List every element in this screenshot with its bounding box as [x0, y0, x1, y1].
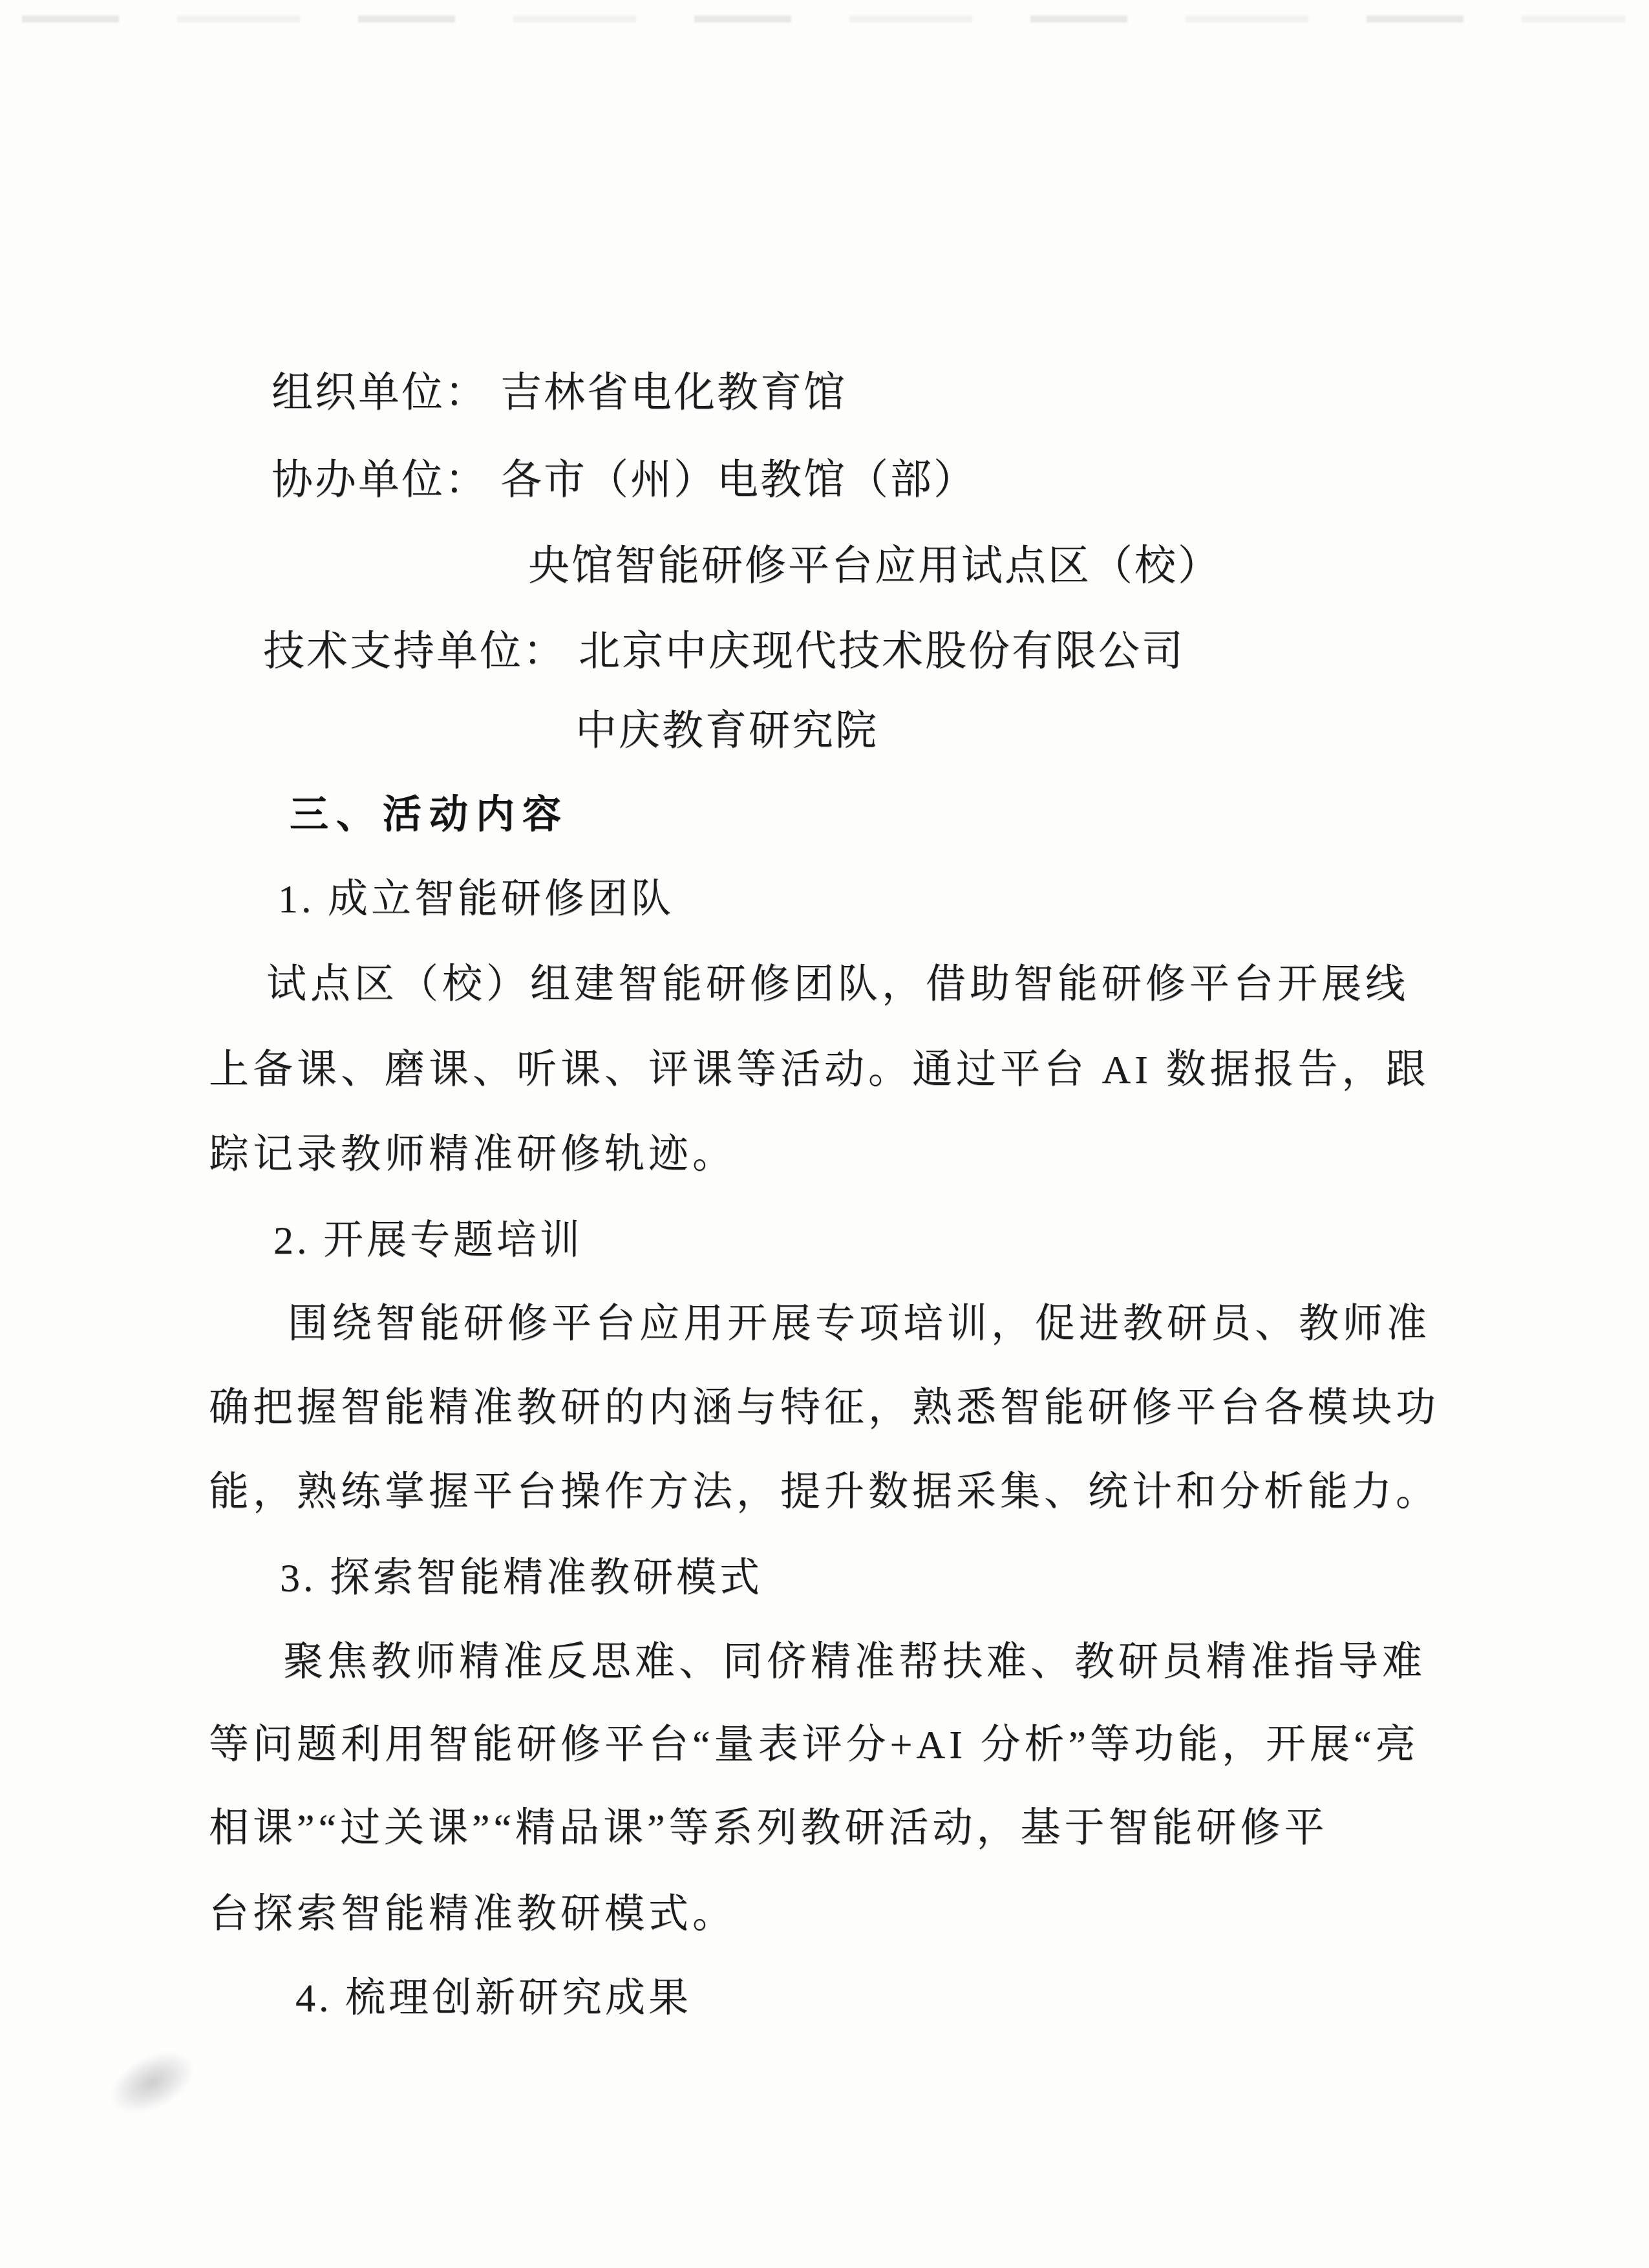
paragraph-3-line-2: 等问题利用智能研修平台“量表评分+AI 分析”等功能，开展“亮	[209, 1724, 1419, 1767]
paragraph-3-line-1: 聚焦教师精准反思难、同侪精准帮扶难、教研员精准指导难	[283, 1641, 1426, 1684]
paragraph-3-line-4: 台探索智能精准教研模式。	[209, 1893, 736, 1936]
co-organizer-unit-line-continued: 央馆智能研修平台应用试点区（校）	[528, 543, 1221, 588]
scanned-document-page: 组织单位： 吉林省电化教育馆 协办单位： 各市（州）电教馆（部） 央馆智能研修平…	[0, 0, 1649, 2268]
organizer-unit-line: 组织单位： 吉林省电化教育馆	[271, 370, 847, 414]
paragraph-1-line-1: 试点区（校）组建智能研修团队，借助智能研修平台开展线	[266, 963, 1409, 1007]
paragraph-2-line-2: 确把握智能精准教研的内涵与特征，熟悉智能研修平台各模块功	[209, 1387, 1440, 1430]
item-1-heading: 1. 成立智能研修团队	[278, 878, 674, 921]
co-organizer-unit-line: 协办单位： 各市（州）电教馆（部）	[271, 457, 977, 502]
scan-smudge-artifact	[102, 2040, 203, 2125]
item-2-heading: 2. 开展专题培训	[273, 1219, 583, 1263]
paragraph-1-line-2: 上备课、磨课、听课、评课等活动。通过平台 AI 数据报告，跟	[209, 1049, 1429, 1092]
paragraph-2-line-1: 围绕智能研修平台应用开展专项培训，促进教研员、教师准	[288, 1303, 1431, 1346]
tech-support-unit-line: 技术支持单位： 北京中庆现代技术股份有限公司	[263, 628, 1185, 673]
paragraph-1-line-3: 踪记录教师精准研修轨迹。	[209, 1133, 736, 1177]
item-3-heading: 3. 探索智能精准教研模式	[280, 1557, 763, 1600]
paragraph-3-line-3: 相课”“过关课”“精品课”等系列教研活动，基于智能研修平	[209, 1807, 1328, 1850]
item-4-heading: 4. 梳理创新研究成果	[295, 1977, 692, 2020]
section-heading-activity-content: 三、活动内容	[290, 794, 569, 836]
tech-support-unit-line-continued: 中庆教育研究院	[575, 708, 878, 753]
paragraph-2-line-3: 能，熟练掌握平台操作方法，提升数据采集、统计和分析能力。	[209, 1471, 1440, 1514]
scan-edge-artifact	[22, 16, 1625, 23]
